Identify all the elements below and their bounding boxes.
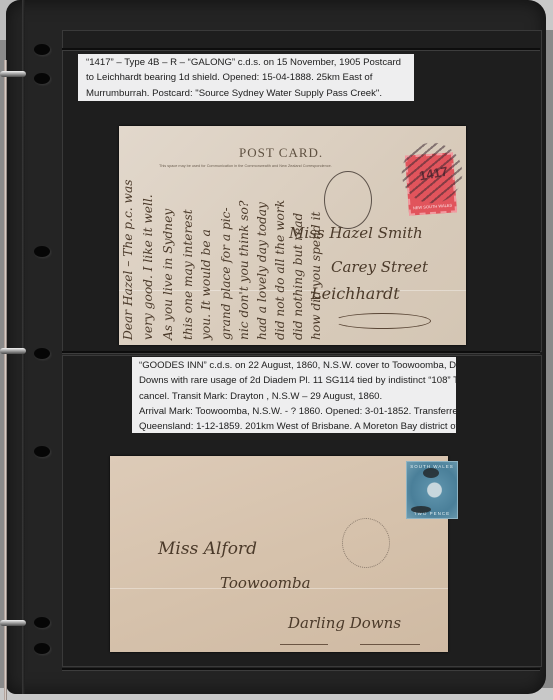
caption-line: Arrival Mark: Toowoomba, N.S.W. - ? 1860… xyxy=(139,404,448,419)
pocket-strip xyxy=(62,351,540,354)
punch-hole-icon xyxy=(34,44,50,55)
punch-hole-icon xyxy=(34,348,50,359)
punch-hole-icon xyxy=(34,246,50,257)
cover: SOUTH WALES TWO PENCE Miss Alford Toowoo… xyxy=(110,456,448,652)
stamp-2d-diadem: SOUTH WALES TWO PENCE xyxy=(406,461,458,519)
transit-postmark-icon xyxy=(342,518,390,568)
punch-hole-icon xyxy=(34,643,50,654)
caption-line: Downs with rare usage of 2d Diadem Pl. 1… xyxy=(139,373,448,388)
message-line: Dear Hazel – The p.c. was xyxy=(121,180,135,341)
punch-hole-icon xyxy=(34,73,50,84)
message-line: nic don't you think so? xyxy=(237,201,251,340)
address-line: Miss Alford xyxy=(158,539,257,559)
message-line: you. It would be a xyxy=(199,229,213,340)
message-line: As you live in Sydney xyxy=(161,209,175,340)
caption-line: Murrumburrah. Postcard: "Source Sydney W… xyxy=(86,86,406,101)
message-line: did not do all the work xyxy=(273,200,287,340)
binder-ring-icon xyxy=(0,71,26,77)
cancel-ink xyxy=(423,468,439,478)
address-line: Toowoomba xyxy=(220,574,311,592)
address-line: Miss Hazel Smith xyxy=(289,224,423,242)
item-caption: “GOODES INN” c.d.s. on 22 August, 1860, … xyxy=(132,357,456,433)
binder-spine-icon xyxy=(4,60,7,700)
postmark-icon xyxy=(324,171,372,229)
cancel-ink xyxy=(411,506,431,513)
postcard-printed-note: This space may be used for Communication… xyxy=(159,164,369,169)
address-line: Leichhardt xyxy=(311,284,400,303)
caption-line: “GOODES INN” c.d.s. on 22 August, 1860, … xyxy=(139,358,448,373)
punch-hole-icon xyxy=(34,617,50,628)
postcard-heading: POST CARD. xyxy=(239,145,323,161)
caption-line: “1417” – Type 4B – R – “GALONG” c.d.s. o… xyxy=(86,55,406,70)
binder-ring-icon xyxy=(0,620,26,626)
postcard: POST CARD. This space may be used for Co… xyxy=(119,126,466,345)
message-line: had a lovely day today xyxy=(255,202,269,340)
pocket-strip xyxy=(62,668,540,671)
message-line: grand place for a pic- xyxy=(219,207,233,340)
caption-line: cancel. Transit Mark: Drayton , N.S.W – … xyxy=(139,389,448,404)
caption-line: Queensland: 1-12-1859. 201km West of Bri… xyxy=(139,419,448,433)
message-line: very good. I like it well. xyxy=(141,194,155,340)
address-line: Darling Downs xyxy=(288,614,401,632)
item-caption: “1417” – Type 4B – R – “GALONG” c.d.s. o… xyxy=(78,54,414,101)
pocket-strip xyxy=(62,48,540,51)
underline xyxy=(360,644,420,645)
message-line: this one may interest xyxy=(181,209,195,340)
binder-ring-icon xyxy=(0,348,26,354)
address-line: Carey Street xyxy=(331,258,428,276)
caption-line: to Leichhardt bearing 1d shield. Opened:… xyxy=(86,70,406,85)
underline xyxy=(280,644,328,645)
flourish-icon xyxy=(334,313,431,329)
punch-hole-icon xyxy=(34,446,50,457)
